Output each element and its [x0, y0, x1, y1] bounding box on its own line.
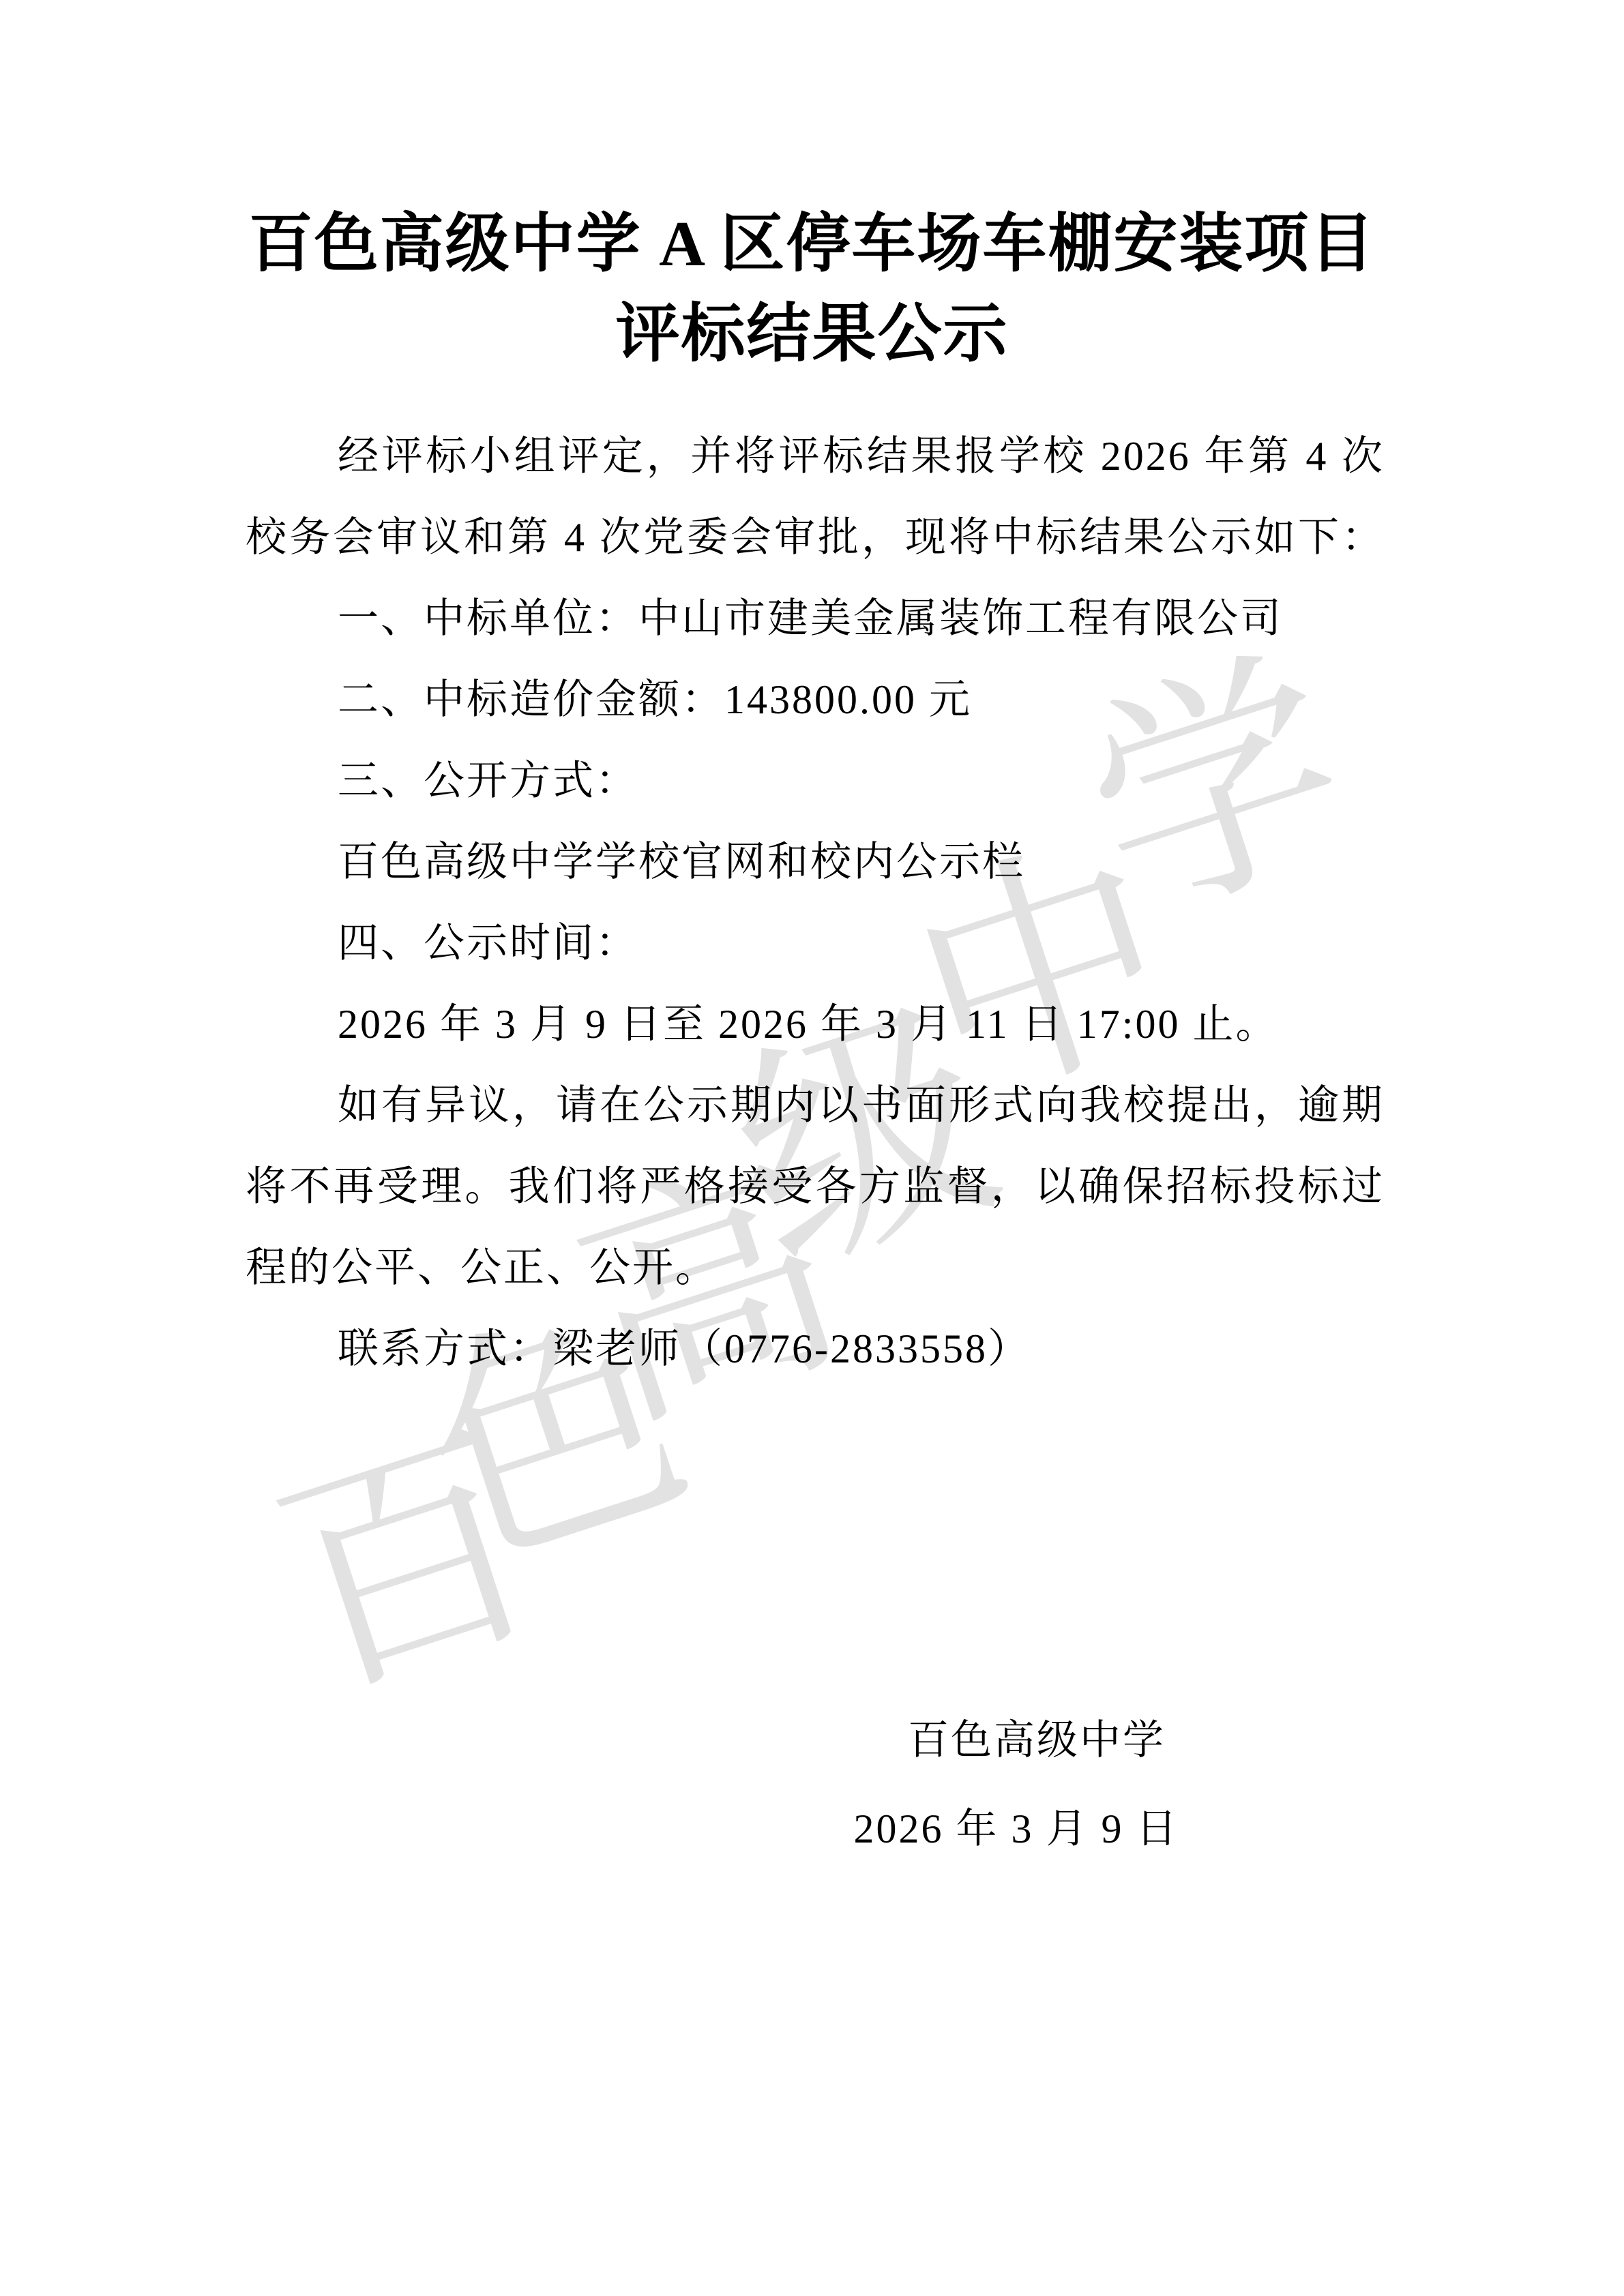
body-line: 校务会审议和第 4 次党委会审批，现将中标结果公示如下： — [246, 497, 1385, 578]
winning-bidder-line: 一、中标单位：中山市建美金属装饰工程有限公司 — [246, 578, 1385, 659]
body-line: 程的公平、公正、公开。 — [246, 1227, 1385, 1309]
title-line-2: 评标结果公示 — [0, 289, 1624, 379]
body-line: 将不再受理。我们将严格接受各方监督，以确保招标投标过 — [246, 1146, 1385, 1227]
document-page: 百 色 高 级 中 学 百色高级中学 A 区停车场车棚安装项目 评标结果公示 经… — [0, 0, 1624, 2296]
publicity-period-line: 2026 年 3 月 9 日至 2026 年 3 月 11 日 17:00 止。 — [246, 984, 1385, 1065]
watermark-char: 百 — [254, 1410, 564, 1720]
publicity-method-line: 百色高级中学学校官网和校内公示栏 — [246, 822, 1385, 903]
signature-organization: 百色高级中学 — [812, 1720, 1262, 1761]
document-title: 百色高级中学 A 区停车场车棚安装项目 评标结果公示 — [0, 199, 1624, 379]
title-line-1: 百色高级中学 A 区停车场车棚安装项目 — [0, 199, 1624, 289]
publicity-period-heading: 四、公示时间： — [246, 903, 1385, 984]
publicity-method-heading: 三、公开方式： — [246, 741, 1385, 822]
body-line: 如有异议，请在公示期内以书面形式向我校提出，逾期 — [246, 1065, 1385, 1146]
contact-line: 联系方式：梁老师（0776-2833558） — [246, 1309, 1385, 1390]
bid-amount-line: 二、中标造价金额：143800.00 元 — [246, 659, 1385, 741]
body-line: 经评标小组评定，并将评标结果报学校 2026 年第 4 次 — [246, 416, 1385, 497]
signature-date: 2026 年 3 月 9 日 — [778, 1808, 1255, 1849]
document-body: 经评标小组评定，并将评标结果报学校 2026 年第 4 次 校务会审议和第 4 … — [246, 416, 1385, 1390]
